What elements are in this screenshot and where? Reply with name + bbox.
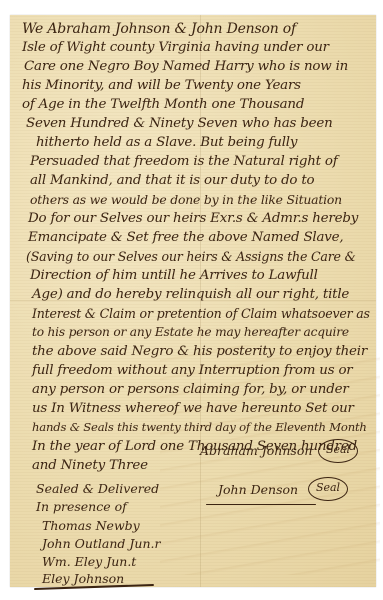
body-line: Emancipate & Set free the above Named Sl…	[28, 230, 343, 245]
signature-underline	[206, 504, 316, 505]
attestation-sealed-delivered: Sealed & Delivered	[36, 481, 159, 496]
body-line: Direction of him untill he Arrives to La…	[30, 268, 318, 283]
body-line: Age) and do hereby relinquish all our ri…	[32, 287, 349, 302]
seal-mark: Seal	[318, 439, 358, 463]
seal-mark: Seal	[308, 477, 348, 501]
witness-signature: Wm. Eley Jun.t	[42, 554, 136, 569]
attestation-in-presence: In presence of	[36, 499, 127, 514]
signatory-signature: John Denson	[218, 482, 298, 497]
body-line: Care one Negro Boy Named Harry who is no…	[24, 59, 348, 74]
body-line: hands & Seals this twenty third day of t…	[32, 420, 367, 434]
body-line: others as we would be done by in the lik…	[30, 192, 342, 207]
body-line: Isle of Wight county Virginia having und…	[22, 40, 329, 55]
body-line: of Age in the Twelfth Month one Thousand	[22, 97, 304, 112]
body-line: full freedom without any Interruption fr…	[32, 363, 353, 378]
body-line: hitherto held as a Slave. But being full…	[36, 135, 297, 150]
witness-signature: Thomas Newby	[42, 518, 140, 533]
body-line: and Ninety Three	[32, 458, 148, 473]
witness-signature: Eley Johnson	[42, 571, 124, 586]
body-line: Interest & Claim or pretention of Claim …	[32, 306, 370, 321]
body-line: We Abraham Johnson & John Denson of	[22, 21, 296, 37]
body-line: us In Witness whereof we have hereunto S…	[32, 401, 354, 416]
body-line: the above said Negro & his posterity to …	[32, 344, 367, 359]
body-line: his Minority, and will be Twenty one Yea…	[22, 78, 301, 93]
body-line: Seven Hundred & Ninety Seven who has bee…	[26, 116, 333, 131]
body-line: (Saving to our Selves our heirs & Assign…	[26, 249, 356, 264]
body-line: all Mankind, and that it is our duty to …	[30, 173, 314, 188]
body-line: any person or persons claiming for, by, …	[32, 382, 349, 397]
body-line: to his person or any Estate he may herea…	[32, 325, 349, 339]
body-line: Persuaded that freedom is the Natural ri…	[30, 154, 338, 169]
document-paper: We Abraham Johnson & John Denson of Isle…	[10, 15, 376, 587]
body-line: Do for our Selves our heirs Exr.s & Admr…	[28, 211, 358, 226]
witness-signature: John Outland Jun.r	[42, 536, 160, 551]
signatory-signature: Abraham Johnson	[200, 443, 312, 458]
